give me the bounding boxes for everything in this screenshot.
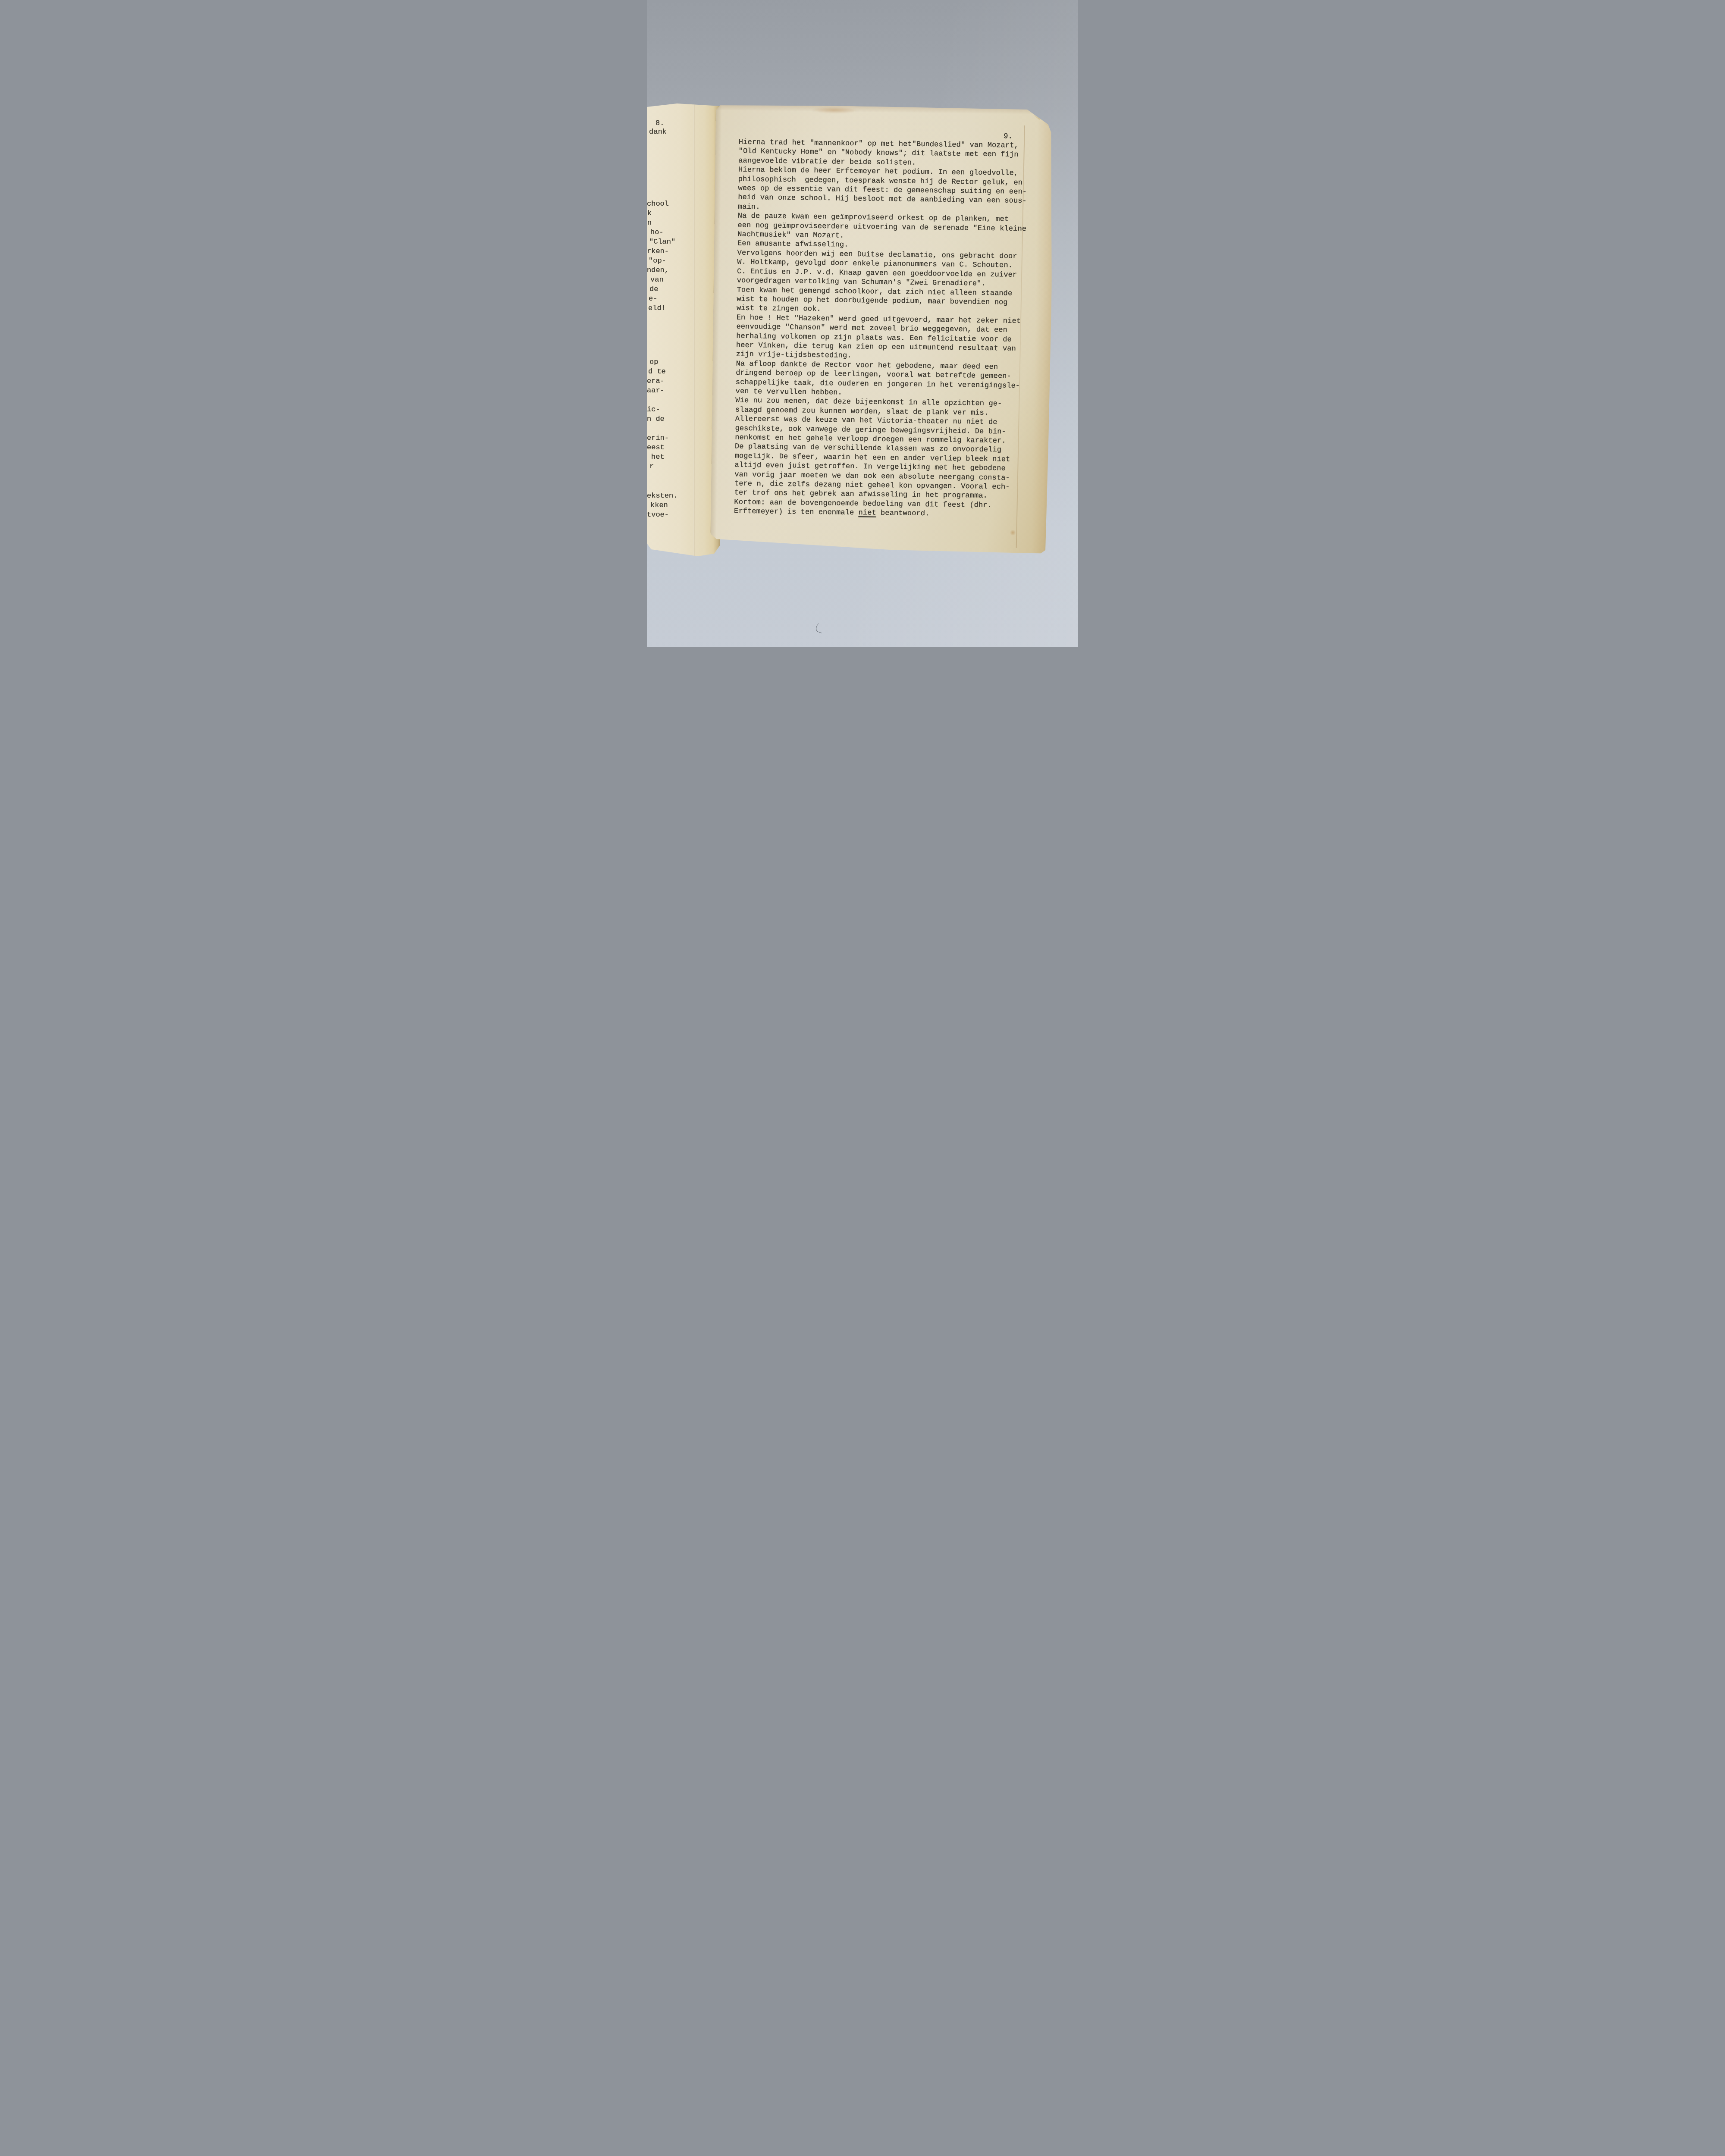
page8-text-fragment: chool <box>647 200 669 209</box>
page8-text-fragment: de <box>649 285 658 294</box>
page8-text-fragment: tvoe- <box>647 511 669 520</box>
page8-text-fragment: "Clan" <box>649 238 675 247</box>
page8-text-fragment: rken- <box>647 248 669 256</box>
page8-text-fragment: "op- <box>649 257 666 266</box>
page8-text-fragment: n <box>647 219 652 228</box>
page8-text-fragment: ho- <box>650 229 664 237</box>
page8-text-fragment: eest <box>647 444 665 452</box>
page8-text-fragment: nden, <box>647 266 669 275</box>
page8-text-fragment: ic- <box>647 406 660 414</box>
page8-fold-crease <box>693 103 695 557</box>
page8-text-fragment: r <box>649 463 654 471</box>
page9-aged-right-edge <box>1032 108 1057 558</box>
page8-text-fragment: dank <box>649 128 667 137</box>
photo-background: 8. dankchoolknho-"Clan"rken-"op-nden,van… <box>647 0 1078 647</box>
page8-text-fragment: aar- <box>647 387 665 395</box>
page9-text: Hierna trad het "mannenkoor" op met het"… <box>734 138 1032 520</box>
page-8-left-page: 8. dankchoolknho-"Clan"rken-"op-nden,van… <box>647 103 720 557</box>
paper-stain <box>1010 530 1016 536</box>
page8-text-fragment: e- <box>649 295 657 304</box>
page-9-right-page: 9. Hierna trad het "mannenkoor" op met h… <box>710 104 1057 559</box>
page8-text-fragment: n de <box>647 415 665 424</box>
page8-text-fragment: era- <box>647 377 665 386</box>
page8-text-fragment: eksten. <box>647 492 677 501</box>
paper-stain <box>811 107 858 114</box>
page8-text-fragment: kken <box>650 501 668 510</box>
page8-text-fragment: erin- <box>647 434 669 443</box>
page8-page-number: 8. <box>655 119 664 128</box>
page8-text-fragment: k <box>647 210 652 218</box>
page8-text-fragment: d te <box>648 368 666 376</box>
page8-text-fragment: eld! <box>648 304 666 313</box>
page8-text-fragment: van <box>650 276 664 285</box>
page8-text-fragment: het <box>651 453 665 462</box>
page8-text-fragment: op <box>649 358 658 367</box>
page9-top-edge-shading <box>716 104 1057 115</box>
page9-page-number: 9. <box>1004 132 1013 141</box>
dust-fiber <box>813 623 828 636</box>
